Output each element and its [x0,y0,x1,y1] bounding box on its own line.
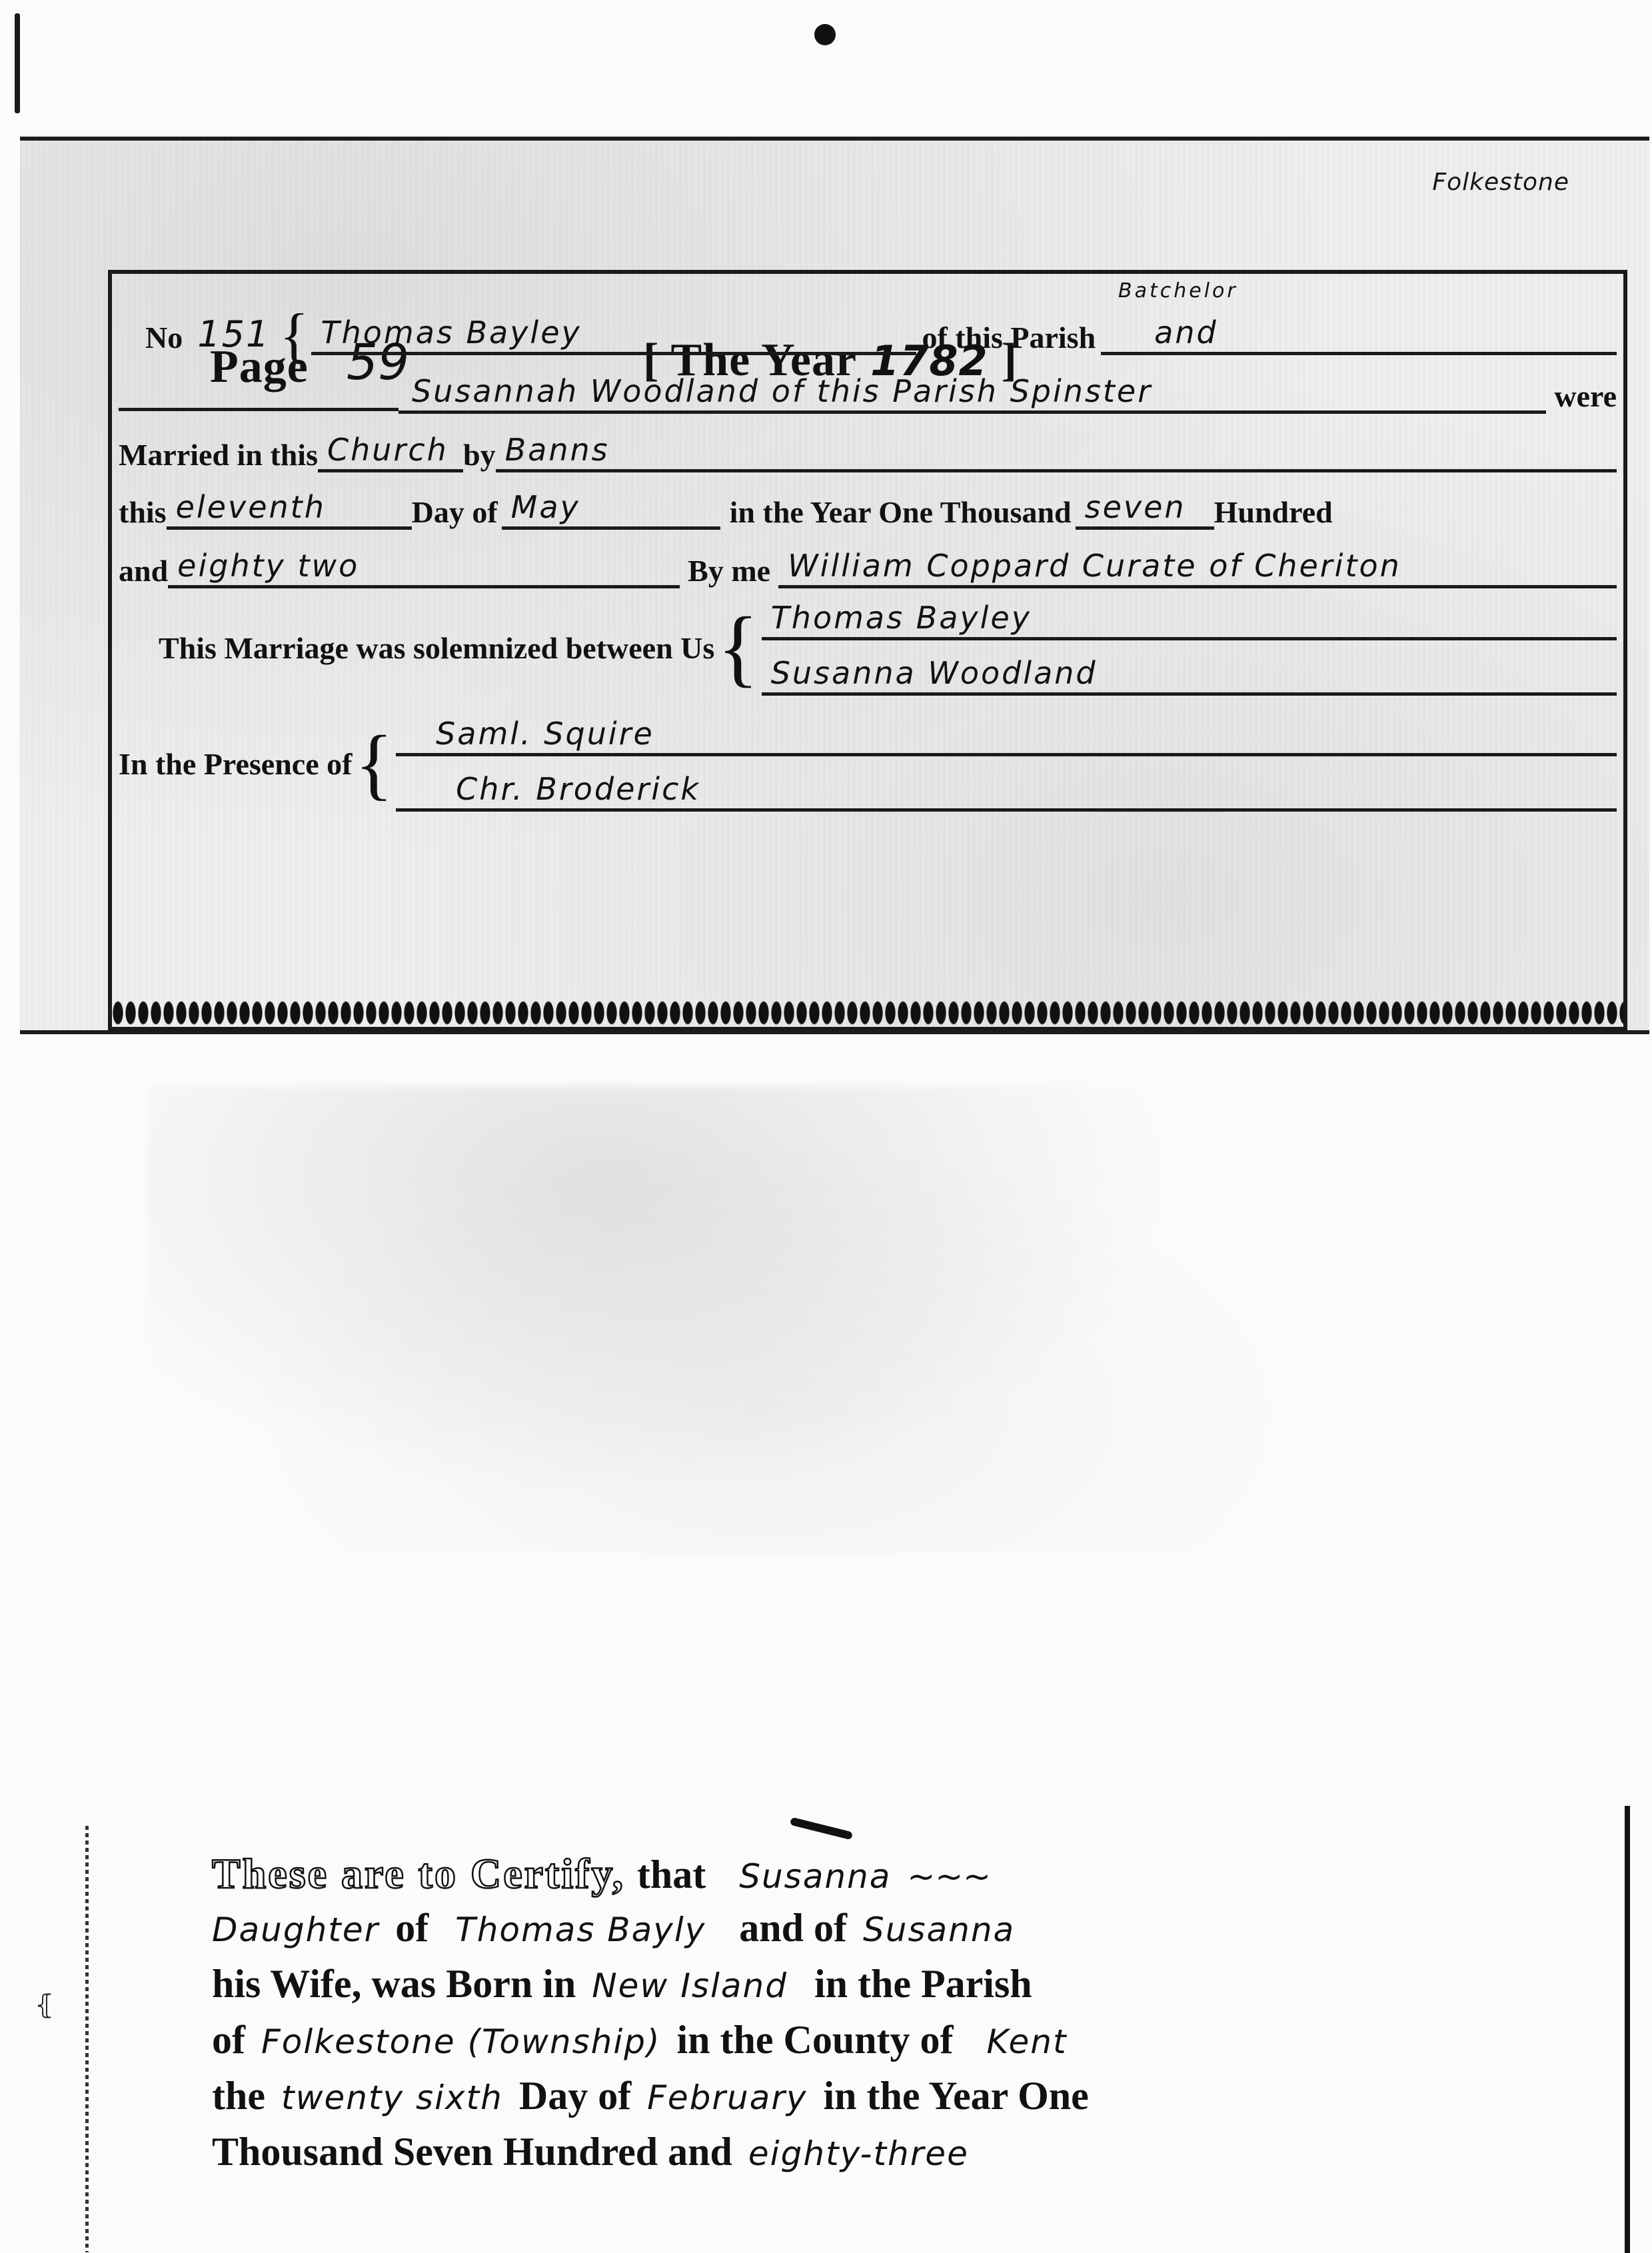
cert-print: the [212,2073,265,2119]
bride-name: Susannah Woodland [412,373,760,409]
margin-bracket-mark: ⦃ [35,1989,54,2020]
cert-print: Thousand Seven Hundred and [212,2129,732,2175]
cert-line-3: his Wife, was Born in New Island in the … [212,1961,1478,2017]
cert-print: and of [739,1905,847,1951]
ink-dash-mark [790,1817,853,1841]
were-label: were [1554,378,1617,414]
cert-print: his Wife, was Born in [212,1961,576,2007]
entry-witnesses: In the Presence of { Saml. Squire Chr. B… [112,714,1623,814]
cert-print: in the Year One [823,2073,1088,2119]
cert-print: Day of [519,2073,631,2119]
signature-bride: Susanna Woodland [762,655,1617,696]
solemnized-label: This Marriage was solemnized between Us [159,630,714,666]
of-parish-label: of this Parish [922,320,1096,355]
by-label: by [463,437,496,472]
marriage-method: Banns [496,432,1617,472]
entry-line-groom: No 151 { Thomas Bayley of this Parish an… [112,302,1623,355]
cert-line-5: the twenty sixth Day of February in the … [212,2073,1478,2129]
cert-print: of [395,1905,428,1951]
this-label: this [119,494,167,530]
cert-line-2: Daughter of Thomas Bayly and of Susanna [212,1905,1478,1961]
certificate-left-rule [85,1826,89,2252]
birth-certificate: These are to Certify, that Susanna ~~~ D… [212,1849,1478,2185]
birth-month: February [647,2078,807,2117]
entry-line-venue: Married in this Church by Banns [112,422,1623,472]
birth-place: New Island [592,1966,788,2005]
venue: Church [318,432,463,472]
entry-signatures: This Marriage was solemnized between Us … [112,598,1623,698]
year-text-label: in the Year One Thousand [730,494,1072,530]
brace-icon: { [279,315,309,355]
bride-name-and-status: Susannah Woodland of this Parish Spinste… [399,373,1546,414]
cert-print: in the County of [676,2017,953,2063]
year-remainder: eighty two [168,548,680,588]
entry-number: 151 [197,313,270,355]
entry-line-officiant: and eighty two By me William Coppard Cur… [112,535,1623,588]
cert-print: of [212,2017,245,2063]
bride-status: of this Parish Spinster [772,373,1152,409]
cert-print: in the Parish [814,1961,1032,2007]
conjunction-and: and [1101,315,1617,355]
birth-parish: Folkestone (Township) [261,2022,660,2061]
blank-rule [119,408,399,411]
day-of-label: Day of [412,494,498,530]
entry-number-label: No [145,320,183,355]
groom-name: Thomas Bayley [311,315,916,355]
entry-line-date: this eleventh Day of May in the Year One… [112,479,1623,530]
witness-list: Saml. Squire Chr. Broderick [396,716,1617,812]
signature-list: Thomas Bayley Susanna Woodland [762,600,1617,696]
groom-status: Batchelor [1118,279,1238,303]
entry-line-bride: Susannah Woodland of this Parish Spinste… [112,361,1623,414]
and-label: and [119,553,168,588]
brace-icon: { [355,744,393,784]
cert-print: that [637,1852,706,1898]
child-name: Susanna [739,1857,891,1896]
bleed-through-area [147,1086,1279,1553]
marriage-day: eleventh [167,489,412,530]
flourish: ~~~ [907,1857,991,1896]
witness-2: Chr. Broderick [396,771,1617,812]
cert-line-4: of Folkestone (Township) in the County o… [212,2017,1478,2073]
married-in-label: Married in this [119,437,318,472]
witness-1: Saml. Squire [396,716,1617,756]
cert-line-1: These are to Certify, that Susanna ~~~ [212,1849,1478,1905]
certificate-right-rule [1625,1806,1630,2253]
hundred-label: Hundred [1214,494,1333,530]
brace-icon: { [717,628,758,668]
officiant: William Coppard Curate of Cheriton [778,548,1617,588]
place-annotation: Folkestone [1432,169,1569,196]
cert-heading: These are to Certify, [212,1849,625,1898]
cert-line-6: Thousand Seven Hundred and eighty-three [212,2129,1478,2185]
presence-label: In the Presence of [119,746,352,782]
marriage-month: May [502,489,720,530]
punch-hole-dot [814,24,836,45]
relation: Daughter [212,1910,379,1949]
birth-day: twenty sixth [281,2078,503,2117]
birth-county: Kent [987,2022,1068,2061]
mother-name: Susanna [863,1910,1015,1949]
marriage-entry-frame: Batchelor No 151 { Thomas Bayley of this… [108,270,1627,1030]
birth-year-remainder: eighty-three [748,2134,969,2173]
signature-groom: Thomas Bayley [762,600,1617,640]
ornamental-border [112,999,1623,1030]
century-word: seven [1076,489,1214,530]
margin-mark [15,13,20,113]
by-me-label: By me [688,553,770,588]
father-name: Thomas Bayly [455,1910,706,1949]
